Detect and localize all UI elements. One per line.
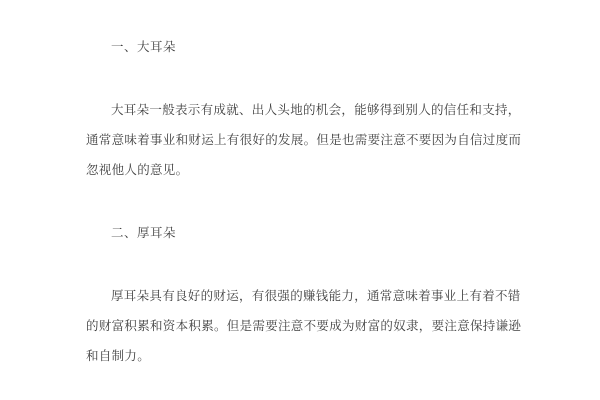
article-content: 一、大耳朵 大耳朵一般表示有成就、出人头地的机会，能够得到别人的信任和支持， 通…: [0, 0, 600, 371]
paragraph-line: 的财富积累和资本积累。但是需要注意不要成为财富的奴隶，要注意保持谦逊: [86, 311, 540, 341]
section-heading: 一、大耳朵: [86, 32, 540, 62]
document-page: 一、大耳朵 大耳朵一般表示有成就、出人头地的机会，能够得到别人的信任和支持， 通…: [0, 0, 600, 400]
section-heading: 二、厚耳朵: [86, 218, 540, 248]
section-paragraph: 大耳朵一般表示有成就、出人头地的机会，能够得到别人的信任和支持， 通常意味着事业…: [86, 95, 540, 185]
paragraph-line: 忽视他人的意见。: [86, 155, 540, 185]
paragraph-line: 厚耳朵具有良好的财运，有很强的赚钱能力，通常意味着事业上有着不错: [86, 281, 540, 311]
paragraph-line: 大耳朵一般表示有成就、出人头地的机会，能够得到别人的信任和支持，: [86, 95, 540, 125]
section-thick-ears: 二、厚耳朵 厚耳朵具有良好的财运，有很强的赚钱能力，通常意味着事业上有着不错 的…: [86, 218, 540, 371]
section-big-ears: 一、大耳朵 大耳朵一般表示有成就、出人头地的机会，能够得到别人的信任和支持， 通…: [86, 32, 540, 185]
paragraph-line: 和自制力。: [86, 341, 540, 371]
section-paragraph: 厚耳朵具有良好的财运，有很强的赚钱能力，通常意味着事业上有着不错 的财富积累和资…: [86, 281, 540, 371]
paragraph-line: 通常意味着事业和财运上有很好的发展。但是也需要注意不要因为自信过度而: [86, 125, 540, 155]
